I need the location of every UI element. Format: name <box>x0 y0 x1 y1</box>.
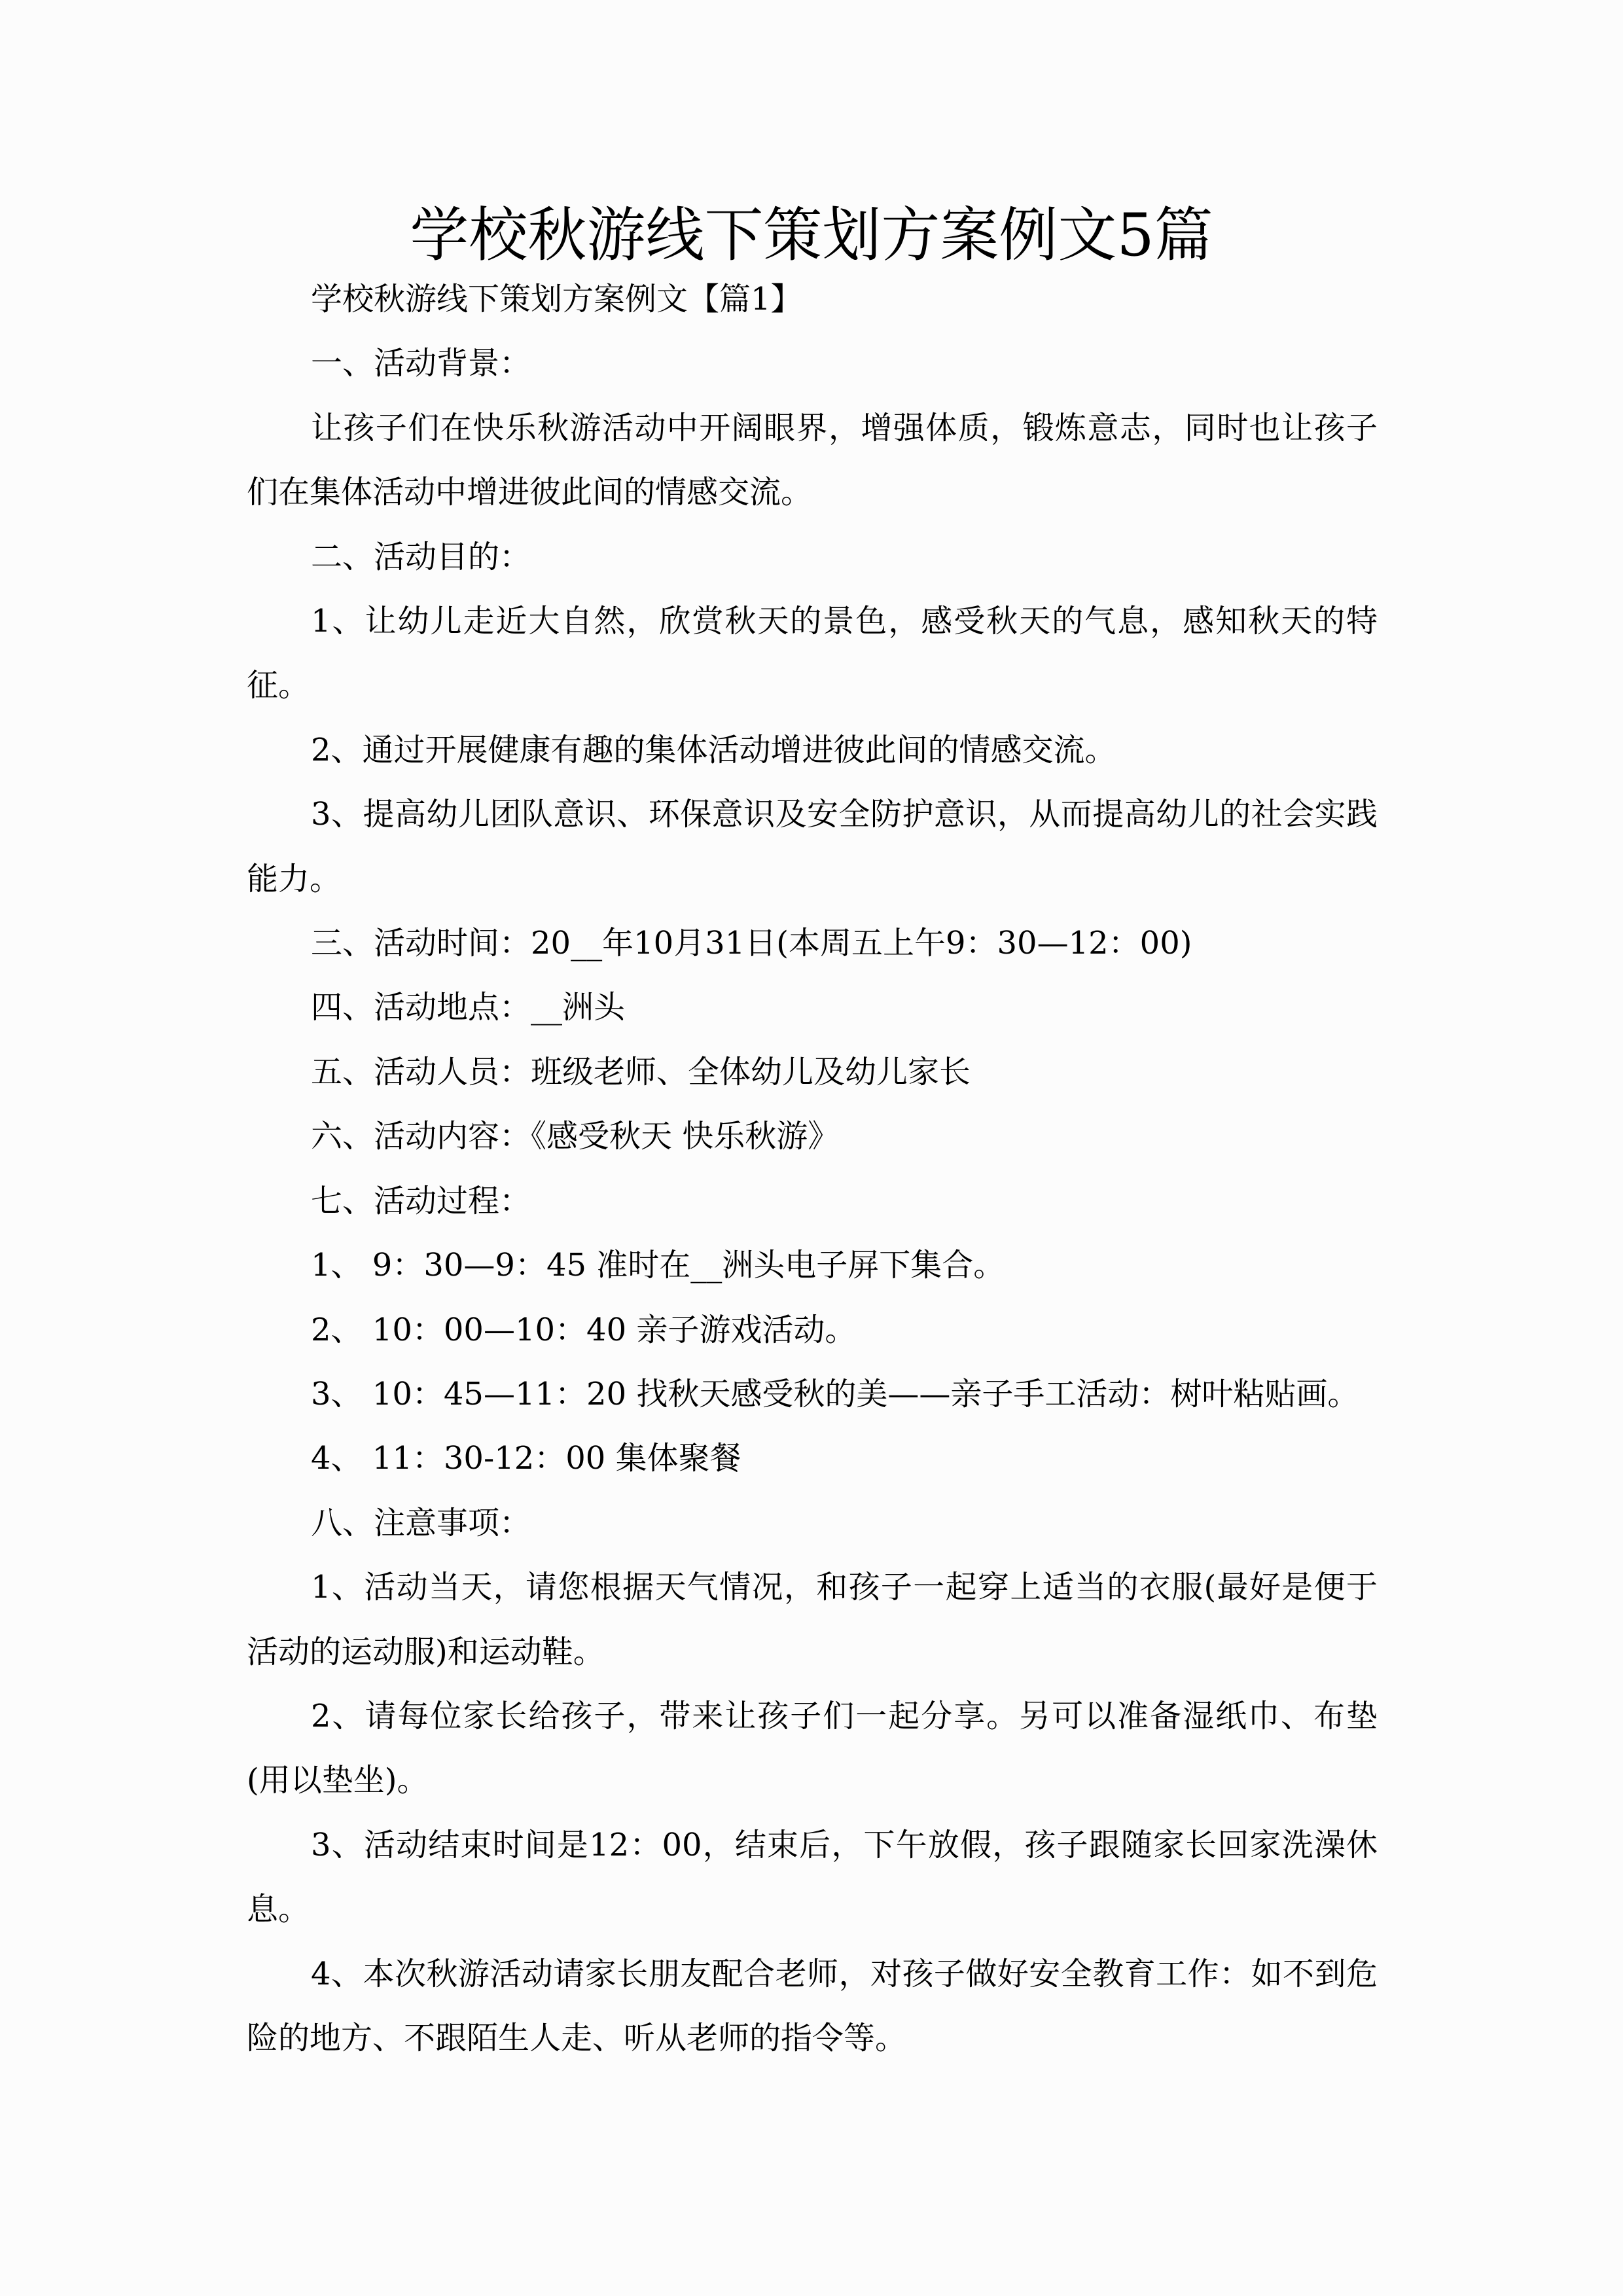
process-item-3: 3、 10：45—11：20 找秋天感受秋的美——亲子手工活动：树叶粘贴画。 <box>247 1362 1378 1426</box>
activity-participants: 五、活动人员：班级老师、全体幼儿及幼儿家长 <box>247 1040 1378 1104</box>
purpose-item-2: 2、通过开展健康有趣的集体活动增进彼此间的情感交流。 <box>247 718 1378 782</box>
process-item-2: 2、 10：00—10：40 亲子游戏活动。 <box>247 1298 1378 1362</box>
activity-content: 六、活动内容：《感受秋天 快乐秋游》 <box>247 1104 1378 1168</box>
note-item-3: 3、活动结束时间是12：00，结束后，下午放假，孩子跟随家长回家洗澡休息。 <box>247 1813 1378 1942</box>
heading-background: 一、活动背景： <box>247 331 1378 395</box>
document-page: 学校秋游线下策划方案例文5篇 学校秋游线下策划方案例文【篇1】 一、活动背景： … <box>0 0 1623 2296</box>
heading-process: 七、活动过程： <box>247 1169 1378 1233</box>
process-item-4: 4、 11：30-12：00 集体聚餐 <box>247 1426 1378 1490</box>
document-body: 学校秋游线下策划方案例文【篇1】 一、活动背景： 让孩子们在快乐秋游活动中开阔眼… <box>247 267 1378 2070</box>
process-item-1: 1、 9：30—9：45 准时在__洲头电子屏下集合。 <box>247 1233 1378 1297</box>
document-title: 学校秋游线下策划方案例文5篇 <box>0 196 1623 275</box>
note-item-1: 1、活动当天，请您根据天气情况，和孩子一起穿上适当的衣服(最好是便于活动的运动服… <box>247 1555 1378 1684</box>
note-item-2: 2、请每位家长给孩子，带来让孩子们一起分享。另可以准备湿纸巾、布垫(用以垫坐)。 <box>247 1684 1378 1813</box>
note-item-4: 4、本次秋游活动请家长朋友配合老师，对孩子做好安全教育工作：如不到危险的地方、不… <box>247 1942 1378 2071</box>
activity-time: 三、活动时间：20__年10月31日(本周五上午9：30—12：00) <box>247 911 1378 975</box>
heading-notes: 八、注意事项： <box>247 1491 1378 1555</box>
purpose-item-1: 1、让幼儿走近大自然，欣赏秋天的景色，感受秋天的气息，感知秋天的特征。 <box>247 589 1378 718</box>
paragraph-background: 让孩子们在快乐秋游活动中开阔眼界，增强体质，锻炼意志，同时也让孩子们在集体活动中… <box>247 396 1378 525</box>
section-subtitle: 学校秋游线下策划方案例文【篇1】 <box>247 267 1378 331</box>
purpose-item-3: 3、提高幼儿团队意识、环保意识及安全防护意识，从而提高幼儿的社会实践能力。 <box>247 782 1378 911</box>
activity-location: 四、活动地点：__洲头 <box>247 975 1378 1039</box>
heading-purpose: 二、活动目的： <box>247 525 1378 589</box>
